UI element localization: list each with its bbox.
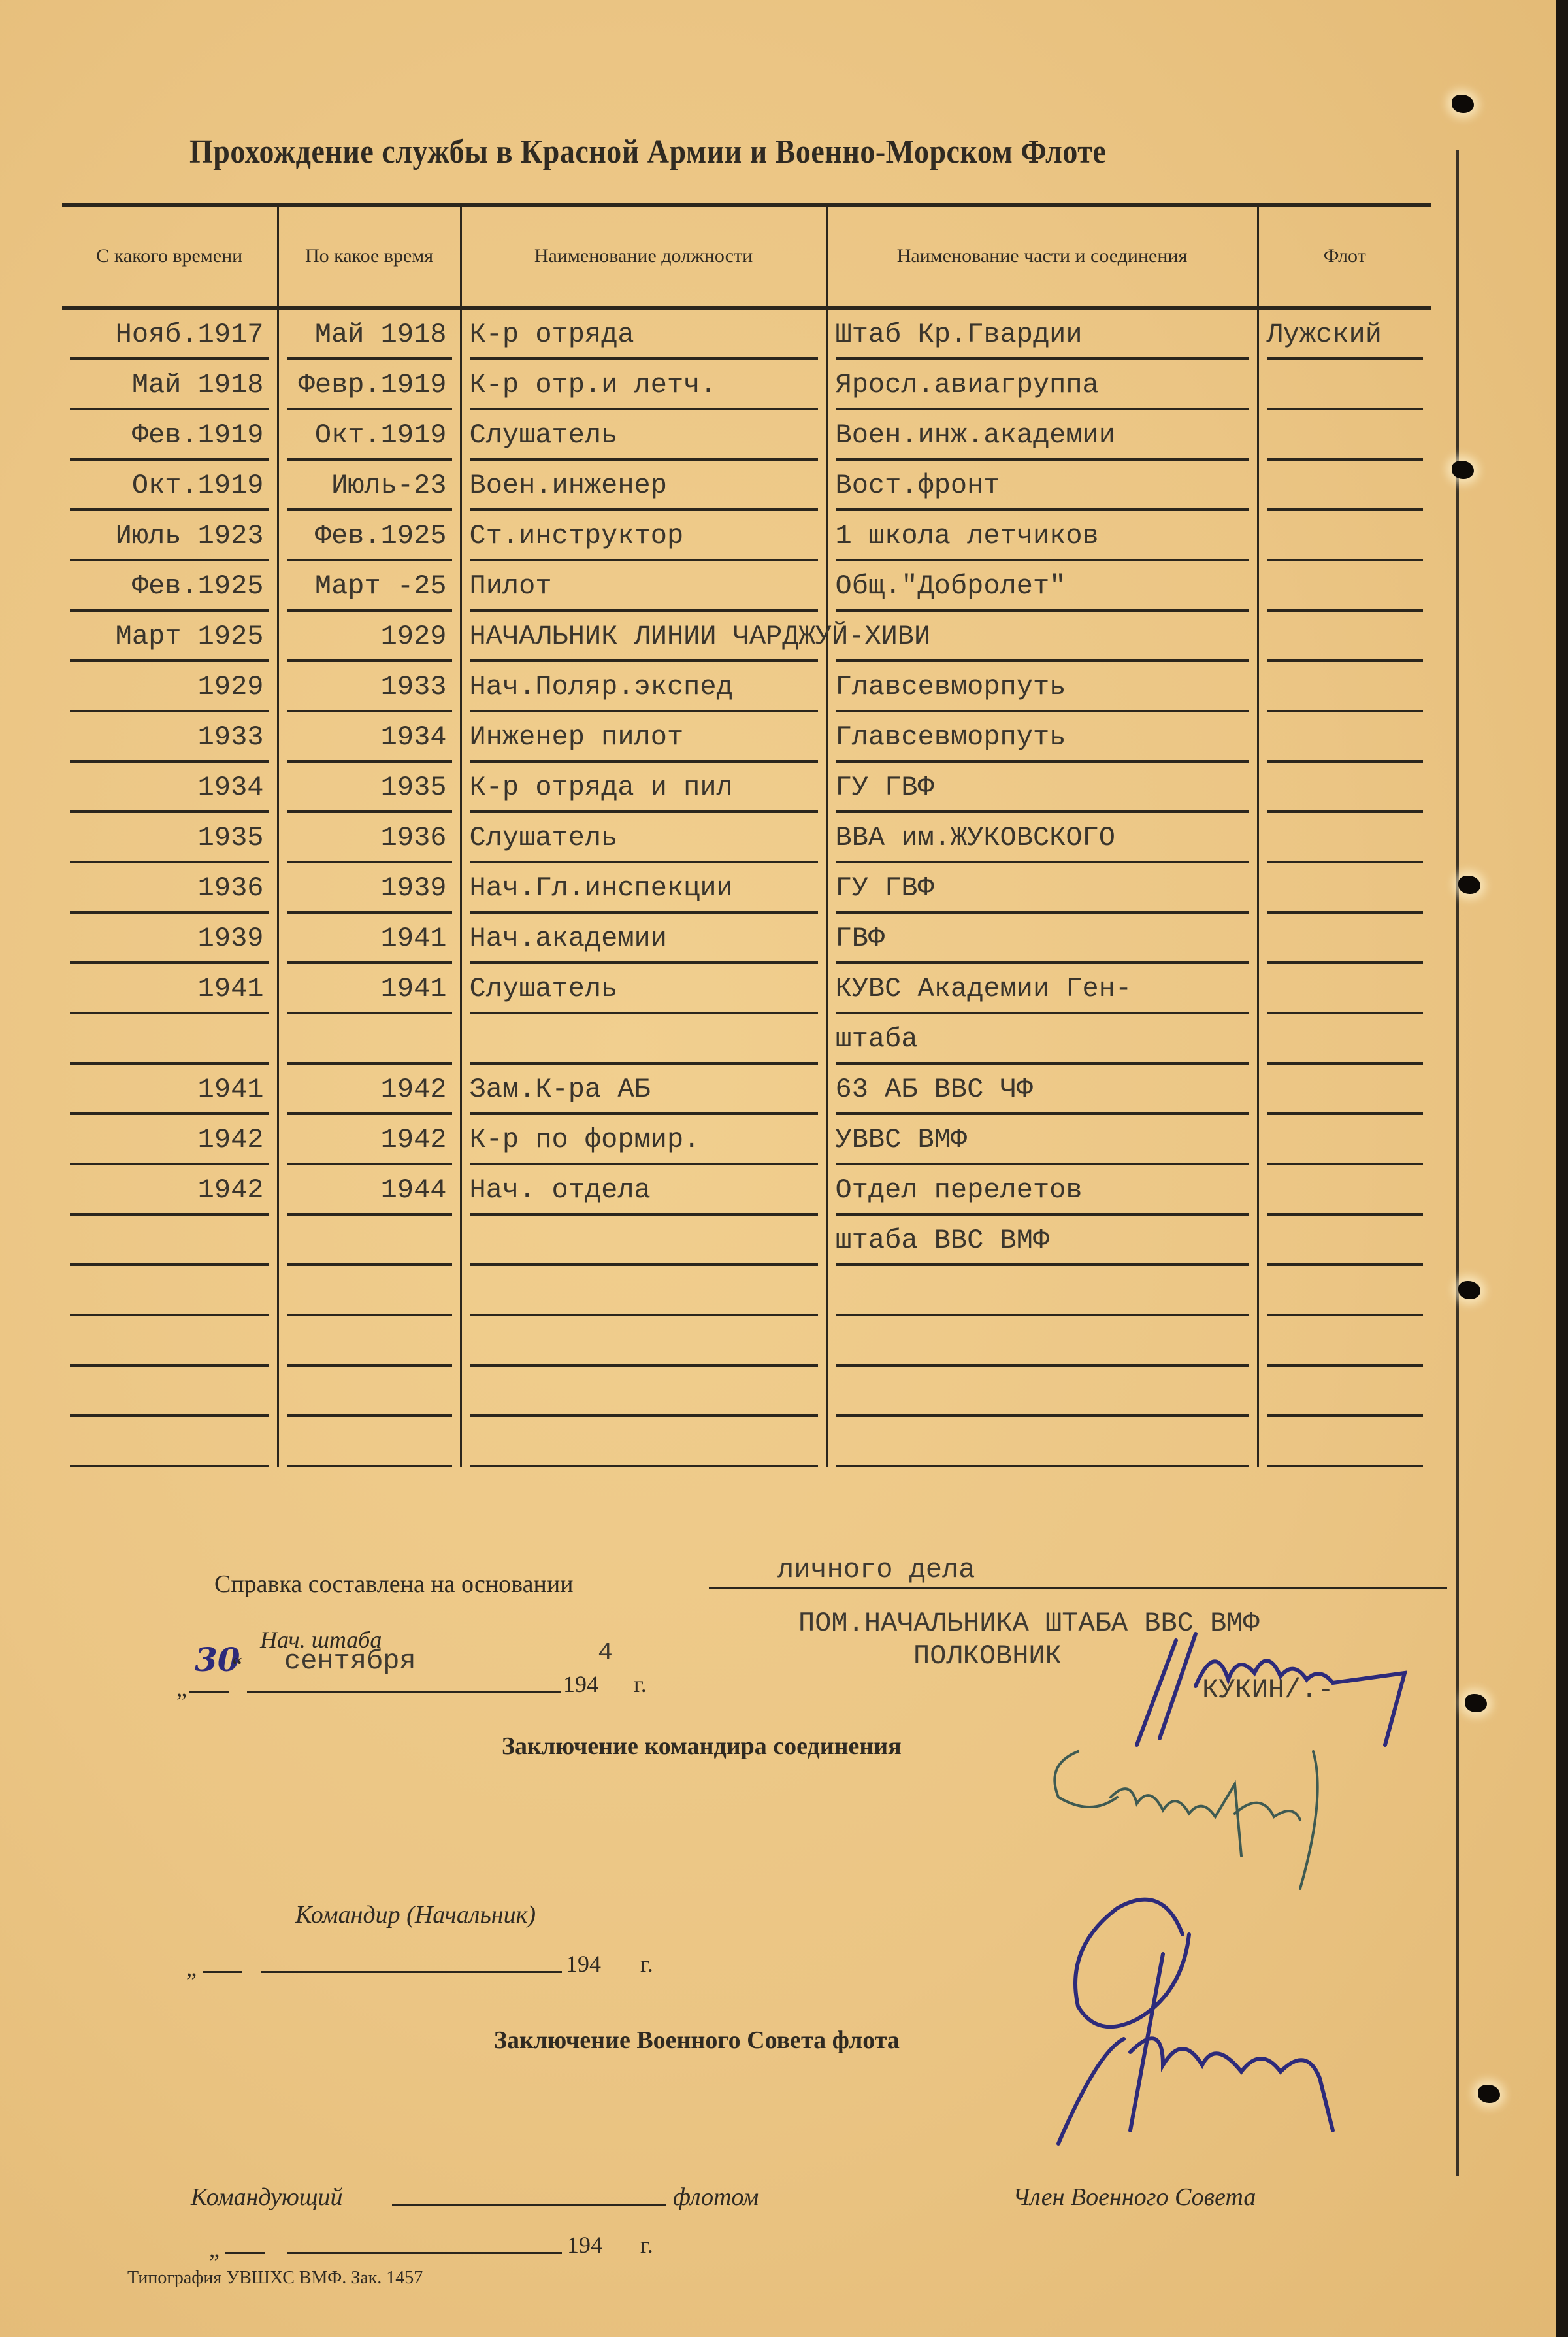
row-from-cell	[62, 1216, 278, 1266]
row-position-text: Слушатель	[470, 818, 818, 863]
row-to-cell	[278, 1316, 461, 1367]
row-to-text: 1933	[287, 667, 452, 712]
row-to-text: Май 1918	[287, 314, 452, 360]
row-unit-text	[836, 1321, 1249, 1367]
row-fleet-cell	[1258, 511, 1431, 561]
table-row: 19421942К-р по формир.УВВС ВМФ	[62, 1115, 1431, 1165]
row-from-cell: Окт.1919	[62, 461, 278, 511]
row-to-text	[287, 1371, 452, 1417]
row-to-cell: 1939	[278, 863, 461, 914]
row-unit-cell: Вост.фронт	[826, 461, 1258, 511]
row-position-cell: Слушатель	[461, 813, 826, 863]
service-record-table: С какого времени По какое время Наименов…	[62, 203, 1431, 1467]
row-to-cell: Фев.1925	[278, 511, 461, 561]
row-position-text: Зам.К-ра АБ	[470, 1069, 818, 1115]
row-fleet-cell: Лужский	[1258, 308, 1431, 360]
row-unit-text: Воен.инж.академии	[836, 415, 1249, 461]
commander-date-quote: „	[186, 1954, 197, 1981]
row-from-text: 1935	[70, 818, 269, 863]
table-row	[62, 1316, 1431, 1367]
row-unit-text: Общ."Добролет"	[836, 566, 1249, 612]
row-position-text	[470, 1220, 818, 1266]
row-to-text	[287, 1321, 452, 1367]
row-from-text: Июль 1923	[70, 516, 269, 561]
basis-value: личного дела	[777, 1554, 975, 1585]
row-unit-text: Вост.фронт	[836, 465, 1249, 511]
table-row: Март 19251929НАЧАЛЬНИК ЛИНИИ ЧАРДЖУЙ-ХИВ…	[62, 612, 1431, 662]
row-from-cell: Июль 1923	[62, 511, 278, 561]
row-to-text: 1936	[287, 818, 452, 863]
row-fleet-text	[1267, 717, 1424, 763]
row-position-text: Пилот	[470, 566, 818, 612]
row-from-text: 1941	[70, 969, 269, 1014]
row-from-cell: Март 1925	[62, 612, 278, 662]
row-fleet-cell	[1258, 914, 1431, 964]
row-from-text: 1933	[70, 717, 269, 763]
punch-hole-icon	[1478, 2085, 1500, 2103]
row-position-text: НАЧАЛЬНИК ЛИНИИ ЧАРДЖУЙ-ХИВИ	[470, 616, 818, 662]
row-fleet-cell	[1258, 813, 1431, 863]
page-edge	[1556, 0, 1568, 2337]
row-from-cell: Нояб.1917	[62, 308, 278, 360]
row-fleet-cell	[1258, 1014, 1431, 1065]
row-from-text: Май 1918	[70, 365, 269, 410]
row-unit-cell: 1 школа летчиков	[826, 511, 1258, 561]
row-position-cell: К-р отряда и пил	[461, 763, 826, 813]
row-from-text: 1929	[70, 667, 269, 712]
row-from-cell	[62, 1367, 278, 1417]
row-to-text: Февр.1919	[287, 365, 452, 410]
commander-date-year: 194	[566, 1950, 601, 1978]
row-position-text	[470, 1321, 818, 1367]
row-position-text: Нач.Гл.инспекции	[470, 868, 818, 914]
table-row: 19391941Нач.академииГВФ	[62, 914, 1431, 964]
row-unit-text	[836, 616, 1249, 662]
row-to-text: 1934	[287, 717, 452, 763]
row-to-cell: 1929	[278, 612, 461, 662]
row-position-text	[470, 1019, 818, 1065]
row-to-text: 1935	[287, 767, 452, 813]
punch-hole-icon	[1452, 461, 1474, 479]
row-position-cell: Воен.инженер	[461, 461, 826, 511]
row-fleet-text	[1267, 1019, 1424, 1065]
row-fleet-cell	[1258, 461, 1431, 511]
printer-imprint: Типография УВШХС ВМФ. Зак. 1457	[127, 2268, 423, 2289]
punch-hole-icon	[1458, 1281, 1480, 1299]
row-unit-cell: Отдел перелетов	[826, 1165, 1258, 1216]
fleet-commander-label: Командующий	[191, 2183, 343, 2212]
council-date-year: 194	[567, 2231, 602, 2259]
row-to-cell: 1942	[278, 1115, 461, 1165]
row-to-cell: Март -25	[278, 561, 461, 612]
row-to-cell	[278, 1367, 461, 1417]
row-from-text: 1939	[70, 918, 269, 964]
row-unit-text	[836, 1270, 1249, 1316]
row-unit-cell: 63 АБ ВВС ЧФ	[826, 1065, 1258, 1115]
date-quote-open: „	[176, 1674, 187, 1702]
row-to-cell: Май 1918	[278, 308, 461, 360]
header-unit: Наименование части и соединения	[826, 205, 1258, 308]
row-position-text: Ст.инструктор	[470, 516, 818, 561]
row-from-cell: Фев.1925	[62, 561, 278, 612]
row-unit-text: Главсевморпуть	[836, 667, 1249, 712]
row-to-cell	[278, 1216, 461, 1266]
row-position-cell: Зам.К-ра АБ	[461, 1065, 826, 1115]
row-fleet-text	[1267, 616, 1424, 662]
table-row: Май 1918Февр.1919К-р отр.и летч.Яросл.ав…	[62, 360, 1431, 410]
row-to-text: Фев.1925	[287, 516, 452, 561]
row-from-text: Фев.1919	[70, 415, 269, 461]
row-unit-cell	[826, 1417, 1258, 1467]
row-unit-text: 1 школа летчиков	[836, 516, 1249, 561]
row-unit-cell: ГУ ГВФ	[826, 763, 1258, 813]
table-row: 19421944Нач. отделаОтдел перелетов	[62, 1165, 1431, 1216]
row-to-text: 1942	[287, 1069, 452, 1115]
table-row: 19411942Зам.К-ра АБ63 АБ ВВС ЧФ	[62, 1065, 1431, 1115]
row-position-text: Нач. отдела	[470, 1170, 818, 1216]
row-from-text	[70, 1220, 269, 1266]
row-to-cell: 1934	[278, 712, 461, 763]
row-unit-cell: штаба	[826, 1014, 1258, 1065]
row-from-cell	[62, 1266, 278, 1316]
row-unit-cell: ГУ ГВФ	[826, 863, 1258, 914]
row-position-cell: Нач. отдела	[461, 1165, 826, 1216]
fleet-suffix: флотом	[673, 2183, 759, 2212]
council-conclusion-label: Заключение Военного Совета флота	[494, 2026, 900, 2055]
row-fleet-text	[1267, 516, 1424, 561]
row-position-text: Инженер пилот	[470, 717, 818, 763]
council-date-quote: „	[209, 2235, 220, 2262]
row-to-text: 1942	[287, 1119, 452, 1165]
row-fleet-text	[1267, 1220, 1424, 1266]
row-position-cell: Ст.инструктор	[461, 511, 826, 561]
commander-signer-label: Командир (Начальник)	[295, 1900, 536, 1929]
row-fleet-cell	[1258, 561, 1431, 612]
table-row: Окт.1919Июль-23Воен.инженерВост.фронт	[62, 461, 1431, 511]
row-from-cell	[62, 1417, 278, 1467]
row-position-text: К-р по формир.	[470, 1119, 818, 1165]
council-date-day-line	[225, 2252, 265, 2254]
commander-date-day-line	[203, 1971, 242, 1973]
row-from-cell: 1942	[62, 1115, 278, 1165]
row-position-cell: Слушатель	[461, 964, 826, 1014]
row-fleet-text	[1267, 1270, 1424, 1316]
row-fleet-cell	[1258, 612, 1431, 662]
row-to-text	[287, 1270, 452, 1316]
row-fleet-text: Лужский	[1267, 314, 1424, 360]
row-position-cell	[461, 1266, 826, 1316]
row-to-text	[287, 1421, 452, 1467]
row-to-cell: 1933	[278, 662, 461, 712]
row-to-cell	[278, 1266, 461, 1316]
row-fleet-text	[1267, 918, 1424, 964]
row-position-text: К-р отряда	[470, 314, 818, 360]
row-position-cell	[461, 1316, 826, 1367]
table-row: Фев.1925Март -25ПилотОбщ."Добролет"	[62, 561, 1431, 612]
row-position-cell: Инженер пилот	[461, 712, 826, 763]
table-row: Июль 1923Фев.1925Ст.инструктор1 школа ле…	[62, 511, 1431, 561]
row-position-text: К-р отряда и пил	[470, 767, 818, 813]
punch-hole-icon	[1452, 95, 1474, 113]
row-unit-cell: Яросл.авиагруппа	[826, 360, 1258, 410]
row-from-cell: 1936	[62, 863, 278, 914]
row-fleet-text	[1267, 969, 1424, 1014]
row-unit-cell	[826, 1266, 1258, 1316]
table-row: 19411941СлушательКУВС Академии Ген-	[62, 964, 1431, 1014]
row-from-cell: 1941	[62, 964, 278, 1014]
row-position-cell: К-р отряда	[461, 308, 826, 360]
table-row: Нояб.1917Май 1918К-р отрядаШтаб Кр.Гвард…	[62, 308, 1431, 360]
basis-label: Справка составлена на основании	[214, 1570, 574, 1599]
row-to-cell: 1941	[278, 964, 461, 1014]
date-quote-close: “	[232, 1652, 242, 1680]
header-fleet: Флот	[1258, 205, 1431, 308]
row-to-text: Март -25	[287, 566, 452, 612]
row-fleet-cell	[1258, 410, 1431, 461]
row-to-text: 1939	[287, 868, 452, 914]
row-to-text: 1944	[287, 1170, 452, 1216]
row-to-text: Окт.1919	[287, 415, 452, 461]
table-header-row: С какого времени По какое время Наименов…	[62, 205, 1431, 308]
row-fleet-cell	[1258, 1216, 1431, 1266]
row-from-cell: Фев.1919	[62, 410, 278, 461]
row-to-cell: Февр.1919	[278, 360, 461, 410]
row-fleet-cell	[1258, 1115, 1431, 1165]
row-fleet-cell	[1258, 1165, 1431, 1216]
row-unit-text: штаба	[836, 1019, 1249, 1065]
row-position-text	[470, 1270, 818, 1316]
row-from-text: 1942	[70, 1170, 269, 1216]
row-from-cell: 1933	[62, 712, 278, 763]
row-unit-cell: Главсевморпуть	[826, 662, 1258, 712]
table-row: штаба	[62, 1014, 1431, 1065]
row-to-cell: 1942	[278, 1065, 461, 1115]
row-unit-cell: Общ."Добролет"	[826, 561, 1258, 612]
binding-margin-line	[1456, 150, 1459, 2176]
commander-date-month-line	[261, 1971, 562, 1973]
row-unit-cell	[826, 1316, 1258, 1367]
row-position-text: К-р отр.и летч.	[470, 365, 818, 410]
row-from-cell: 1941	[62, 1065, 278, 1115]
table-row: Фев.1919Окт.1919СлушательВоен.инж.академ…	[62, 410, 1431, 461]
header-to: По какое время	[278, 205, 461, 308]
table-row	[62, 1367, 1431, 1417]
row-position-cell: К-р отр.и летч.	[461, 360, 826, 410]
fleet-commander-line	[392, 2204, 666, 2206]
row-fleet-cell	[1258, 712, 1431, 763]
row-fleet-text	[1267, 1170, 1424, 1216]
row-unit-cell: Штаб Кр.Гвардии	[826, 308, 1258, 360]
row-unit-cell: КУВС Академии Ген-	[826, 964, 1258, 1014]
row-to-text	[287, 1220, 452, 1266]
row-to-cell: Июль-23	[278, 461, 461, 511]
row-to-text: 1941	[287, 969, 452, 1014]
row-to-text: 1929	[287, 616, 452, 662]
row-position-text	[470, 1421, 818, 1467]
row-unit-text: ГУ ГВФ	[836, 868, 1249, 914]
row-position-cell: Нач.Поляр.экспед	[461, 662, 826, 712]
table-row	[62, 1417, 1431, 1467]
row-from-cell	[62, 1014, 278, 1065]
row-unit-cell: штаба ВВС ВМФ	[826, 1216, 1258, 1266]
row-fleet-cell	[1258, 964, 1431, 1014]
date-month: сентября	[284, 1646, 416, 1677]
row-from-text: 1936	[70, 868, 269, 914]
row-unit-cell: ВВА им.ЖУКОВСКОГО	[826, 813, 1258, 863]
row-to-cell: 1941	[278, 914, 461, 964]
row-from-text: Фев.1925	[70, 566, 269, 612]
row-unit-cell	[826, 1367, 1258, 1417]
row-from-cell: 1934	[62, 763, 278, 813]
table-row: 19341935К-р отряда и пилГУ ГВФ	[62, 763, 1431, 813]
row-position-cell	[461, 1014, 826, 1065]
row-to-cell: Окт.1919	[278, 410, 461, 461]
row-fleet-cell	[1258, 1065, 1431, 1115]
table-row: штаба ВВС ВМФ	[62, 1216, 1431, 1266]
page-title: Прохождение службы в Красной Армии и Вое…	[189, 132, 1106, 171]
row-position-text: Нач.академии	[470, 918, 818, 964]
row-position-text: Слушатель	[470, 969, 818, 1014]
row-fleet-cell	[1258, 1367, 1431, 1417]
row-position-cell: Нач.академии	[461, 914, 826, 964]
row-unit-text: ГУ ГВФ	[836, 767, 1249, 813]
row-from-text: Окт.1919	[70, 465, 269, 511]
row-fleet-cell	[1258, 1266, 1431, 1316]
row-from-text: Март 1925	[70, 616, 269, 662]
row-from-text: Нояб.1917	[70, 314, 269, 360]
row-fleet-cell	[1258, 360, 1431, 410]
commander-conclusion-label: Заключение командира соединения	[502, 1732, 902, 1761]
row-unit-cell: Воен.инж.академии	[826, 410, 1258, 461]
row-from-text	[70, 1270, 269, 1316]
row-from-text	[70, 1019, 269, 1065]
punch-hole-icon	[1458, 876, 1480, 894]
row-position-cell	[461, 1367, 826, 1417]
date-day-line	[189, 1691, 229, 1693]
row-position-cell: НАЧАЛЬНИК ЛИНИИ ЧАРДЖУЙ-ХИВИ	[461, 612, 826, 662]
row-fleet-text	[1267, 1371, 1424, 1417]
table-row: 19351936СлушательВВА им.ЖУКОВСКОГО	[62, 813, 1431, 863]
table-row: 19291933Нач.Поляр.экспедГлавсевморпуть	[62, 662, 1431, 712]
row-fleet-text	[1267, 667, 1424, 712]
row-unit-cell: Главсевморпуть	[826, 712, 1258, 763]
row-from-text	[70, 1371, 269, 1417]
council-member-label: Член Военного Совета	[1013, 2183, 1256, 2212]
row-unit-text	[836, 1421, 1249, 1467]
row-from-text	[70, 1421, 269, 1467]
row-unit-text: ГВФ	[836, 918, 1249, 964]
row-to-text: 1941	[287, 918, 452, 964]
row-position-text	[470, 1371, 818, 1417]
row-from-text: 1942	[70, 1119, 269, 1165]
row-fleet-text	[1267, 818, 1424, 863]
row-unit-text: Отдел перелетов	[836, 1170, 1249, 1216]
table-row	[62, 1266, 1431, 1316]
punch-hole-icon	[1465, 1694, 1487, 1712]
row-fleet-text	[1267, 1069, 1424, 1115]
row-to-text: Июль-23	[287, 465, 452, 511]
date-month-line	[247, 1691, 561, 1693]
row-to-cell: 1935	[278, 763, 461, 813]
row-fleet-cell	[1258, 662, 1431, 712]
header-from: С какого времени	[62, 205, 278, 308]
row-position-cell: Слушатель	[461, 410, 826, 461]
row-fleet-text	[1267, 566, 1424, 612]
row-from-cell: 1929	[62, 662, 278, 712]
row-position-cell: Нач.Гл.инспекции	[461, 863, 826, 914]
row-from-cell: 1935	[62, 813, 278, 863]
row-unit-text: Яросл.авиагруппа	[836, 365, 1249, 410]
row-unit-text: ВВА им.ЖУКОВСКОГО	[836, 818, 1249, 863]
row-fleet-text	[1267, 767, 1424, 813]
row-unit-text: УВВС ВМФ	[836, 1119, 1249, 1165]
row-from-cell: 1942	[62, 1165, 278, 1216]
row-fleet-text	[1267, 365, 1424, 410]
commander-date-unit: г.	[640, 1950, 653, 1978]
date-year-suffix: 4	[598, 1639, 613, 1667]
date-year-unit: г.	[634, 1670, 647, 1698]
row-to-cell: 1936	[278, 813, 461, 863]
council-date-month-line	[287, 2252, 562, 2254]
row-position-cell: Пилот	[461, 561, 826, 612]
row-unit-text: КУВС Академии Ген-	[836, 969, 1249, 1014]
row-unit-cell	[826, 612, 1258, 662]
row-from-text: 1941	[70, 1069, 269, 1115]
row-from-text: 1934	[70, 767, 269, 813]
row-fleet-text	[1267, 1321, 1424, 1367]
row-unit-text	[836, 1371, 1249, 1417]
row-position-text: Слушатель	[470, 415, 818, 461]
row-to-cell	[278, 1014, 461, 1065]
row-fleet-text	[1267, 415, 1424, 461]
table-row: 19361939Нач.Гл.инспекцииГУ ГВФ	[62, 863, 1431, 914]
row-unit-text: Главсевморпуть	[836, 717, 1249, 763]
row-fleet-text	[1267, 1119, 1424, 1165]
row-fleet-cell	[1258, 1316, 1431, 1367]
row-unit-text: 63 АБ ВВС ЧФ	[836, 1069, 1249, 1115]
row-position-text: Нач.Поляр.экспед	[470, 667, 818, 712]
row-fleet-text	[1267, 1421, 1424, 1467]
signer-position-line2: ПОЛКОВНИК	[913, 1640, 1062, 1672]
header-position: Наименование должности	[461, 205, 826, 308]
row-fleet-text	[1267, 465, 1424, 511]
row-fleet-cell	[1258, 1417, 1431, 1467]
row-position-cell: К-р по формир.	[461, 1115, 826, 1165]
row-from-cell: Май 1918	[62, 360, 278, 410]
row-to-text	[287, 1019, 452, 1065]
row-to-cell	[278, 1417, 461, 1467]
row-from-text	[70, 1321, 269, 1367]
row-unit-cell: ГВФ	[826, 914, 1258, 964]
row-position-text: Воен.инженер	[470, 465, 818, 511]
row-to-cell: 1944	[278, 1165, 461, 1216]
row-from-cell	[62, 1316, 278, 1367]
row-fleet-cell	[1258, 763, 1431, 813]
row-from-cell: 1939	[62, 914, 278, 964]
council-date-unit: г.	[640, 2231, 653, 2259]
row-fleet-cell	[1258, 863, 1431, 914]
row-position-cell	[461, 1216, 826, 1266]
table-row: 19331934Инженер пилотГлавсевморпуть	[62, 712, 1431, 763]
date-year-prefix: 194	[563, 1670, 598, 1698]
basis-underline	[709, 1587, 1447, 1589]
row-unit-cell: УВВС ВМФ	[826, 1115, 1258, 1165]
row-unit-text: Штаб Кр.Гвардии	[836, 314, 1249, 360]
row-fleet-text	[1267, 868, 1424, 914]
row-unit-text: штаба ВВС ВМФ	[836, 1220, 1249, 1266]
row-position-cell	[461, 1417, 826, 1467]
